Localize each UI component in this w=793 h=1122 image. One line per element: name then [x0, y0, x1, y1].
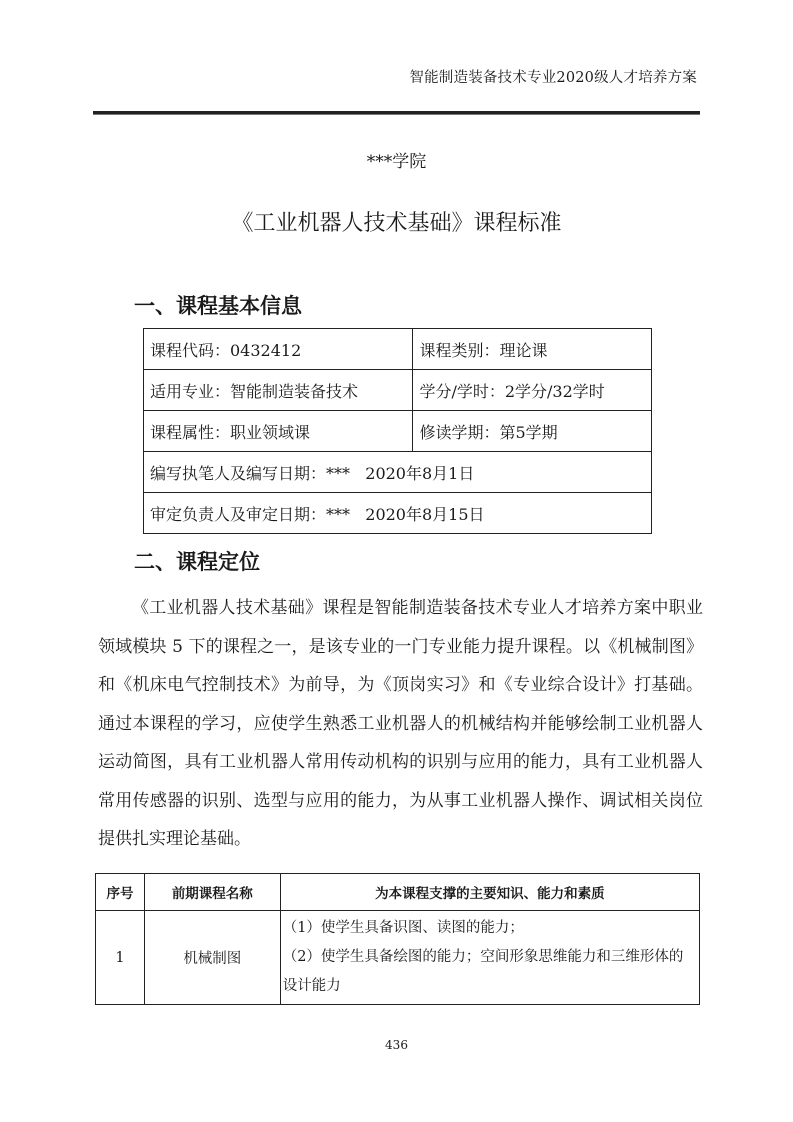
course-attribute-cell: 课程属性：职业领域课 [144, 411, 413, 452]
document-title: 《工业机器人技术基础》课程标准 [0, 206, 793, 237]
row-index: 1 [96, 911, 145, 1005]
row-course-name: 机械制图 [144, 911, 280, 1005]
semester-cell: 修读学期：第5学期 [413, 411, 652, 452]
section-heading-basic-info: 一、课程基本信息 [134, 290, 302, 320]
row-support-items: （1）使学生具备识图、读图的能力； （2）使学生具备绘图的能力；空间形象思维能力… [280, 911, 699, 1005]
header-index: 序号 [96, 874, 145, 911]
table-row: 课程属性：职业领域课 修读学期：第5学期 [144, 411, 652, 452]
course-code-cell: 课程代码：0432412 [144, 329, 413, 370]
credits-hours-cell: 学分/学时：2学分/32学时 [413, 370, 652, 411]
reviewer-date-cell: 审定负责人及审定日期：*** 2020年8月15日 [144, 493, 652, 534]
author-date-cell: 编写执笔人及编写日期：*** 2020年8月1日 [144, 452, 652, 493]
table-row: 审定负责人及审定日期：*** 2020年8月15日 [144, 493, 652, 534]
table-row: 编写执笔人及编写日期：*** 2020年8月1日 [144, 452, 652, 493]
support-item: （2）使学生具备绘图的能力；空间形象思维能力和三维形体的设计能力 [283, 943, 697, 1001]
table-row: 课程代码：0432412 课程类别：理论课 [144, 329, 652, 370]
course-category-cell: 课程类别：理论课 [413, 329, 652, 370]
institute-name: ***学院 [0, 147, 793, 172]
table-row: 1 机械制图 （1）使学生具备识图、读图的能力； （2）使学生具备绘图的能力；空… [96, 911, 700, 1005]
prerequisite-courses-table: 序号 前期课程名称 为本课程支撑的主要知识、能力和素质 1 机械制图 （1）使学… [95, 873, 700, 1005]
paragraph-text: 《工业机器人技术基础》课程是智能制造装备技术专业人才培养方案中职业领域模块 5 … [98, 589, 703, 859]
support-item: （1）使学生具备识图、读图的能力； [283, 914, 697, 943]
table-row: 适用专业：智能制造装备技术 学分/学时：2学分/32学时 [144, 370, 652, 411]
basic-info-table: 课程代码：0432412 课程类别：理论课 适用专业：智能制造装备技术 学分/学… [143, 328, 652, 534]
section-heading-positioning: 二、课程定位 [134, 546, 260, 576]
page-number: 436 [0, 1038, 793, 1052]
major-cell: 适用专业：智能制造装备技术 [144, 370, 413, 411]
header-rule [93, 111, 700, 115]
header-course-name: 前期课程名称 [144, 874, 280, 911]
positioning-paragraph: 《工业机器人技术基础》课程是智能制造装备技术专业人才培养方案中职业领域模块 5 … [98, 589, 703, 859]
table-header-row: 序号 前期课程名称 为本课程支撑的主要知识、能力和素质 [96, 874, 700, 911]
running-header: 智能制造装备技术专业2020级人才培养方案 [409, 66, 697, 87]
header-support: 为本课程支撑的主要知识、能力和素质 [280, 874, 699, 911]
